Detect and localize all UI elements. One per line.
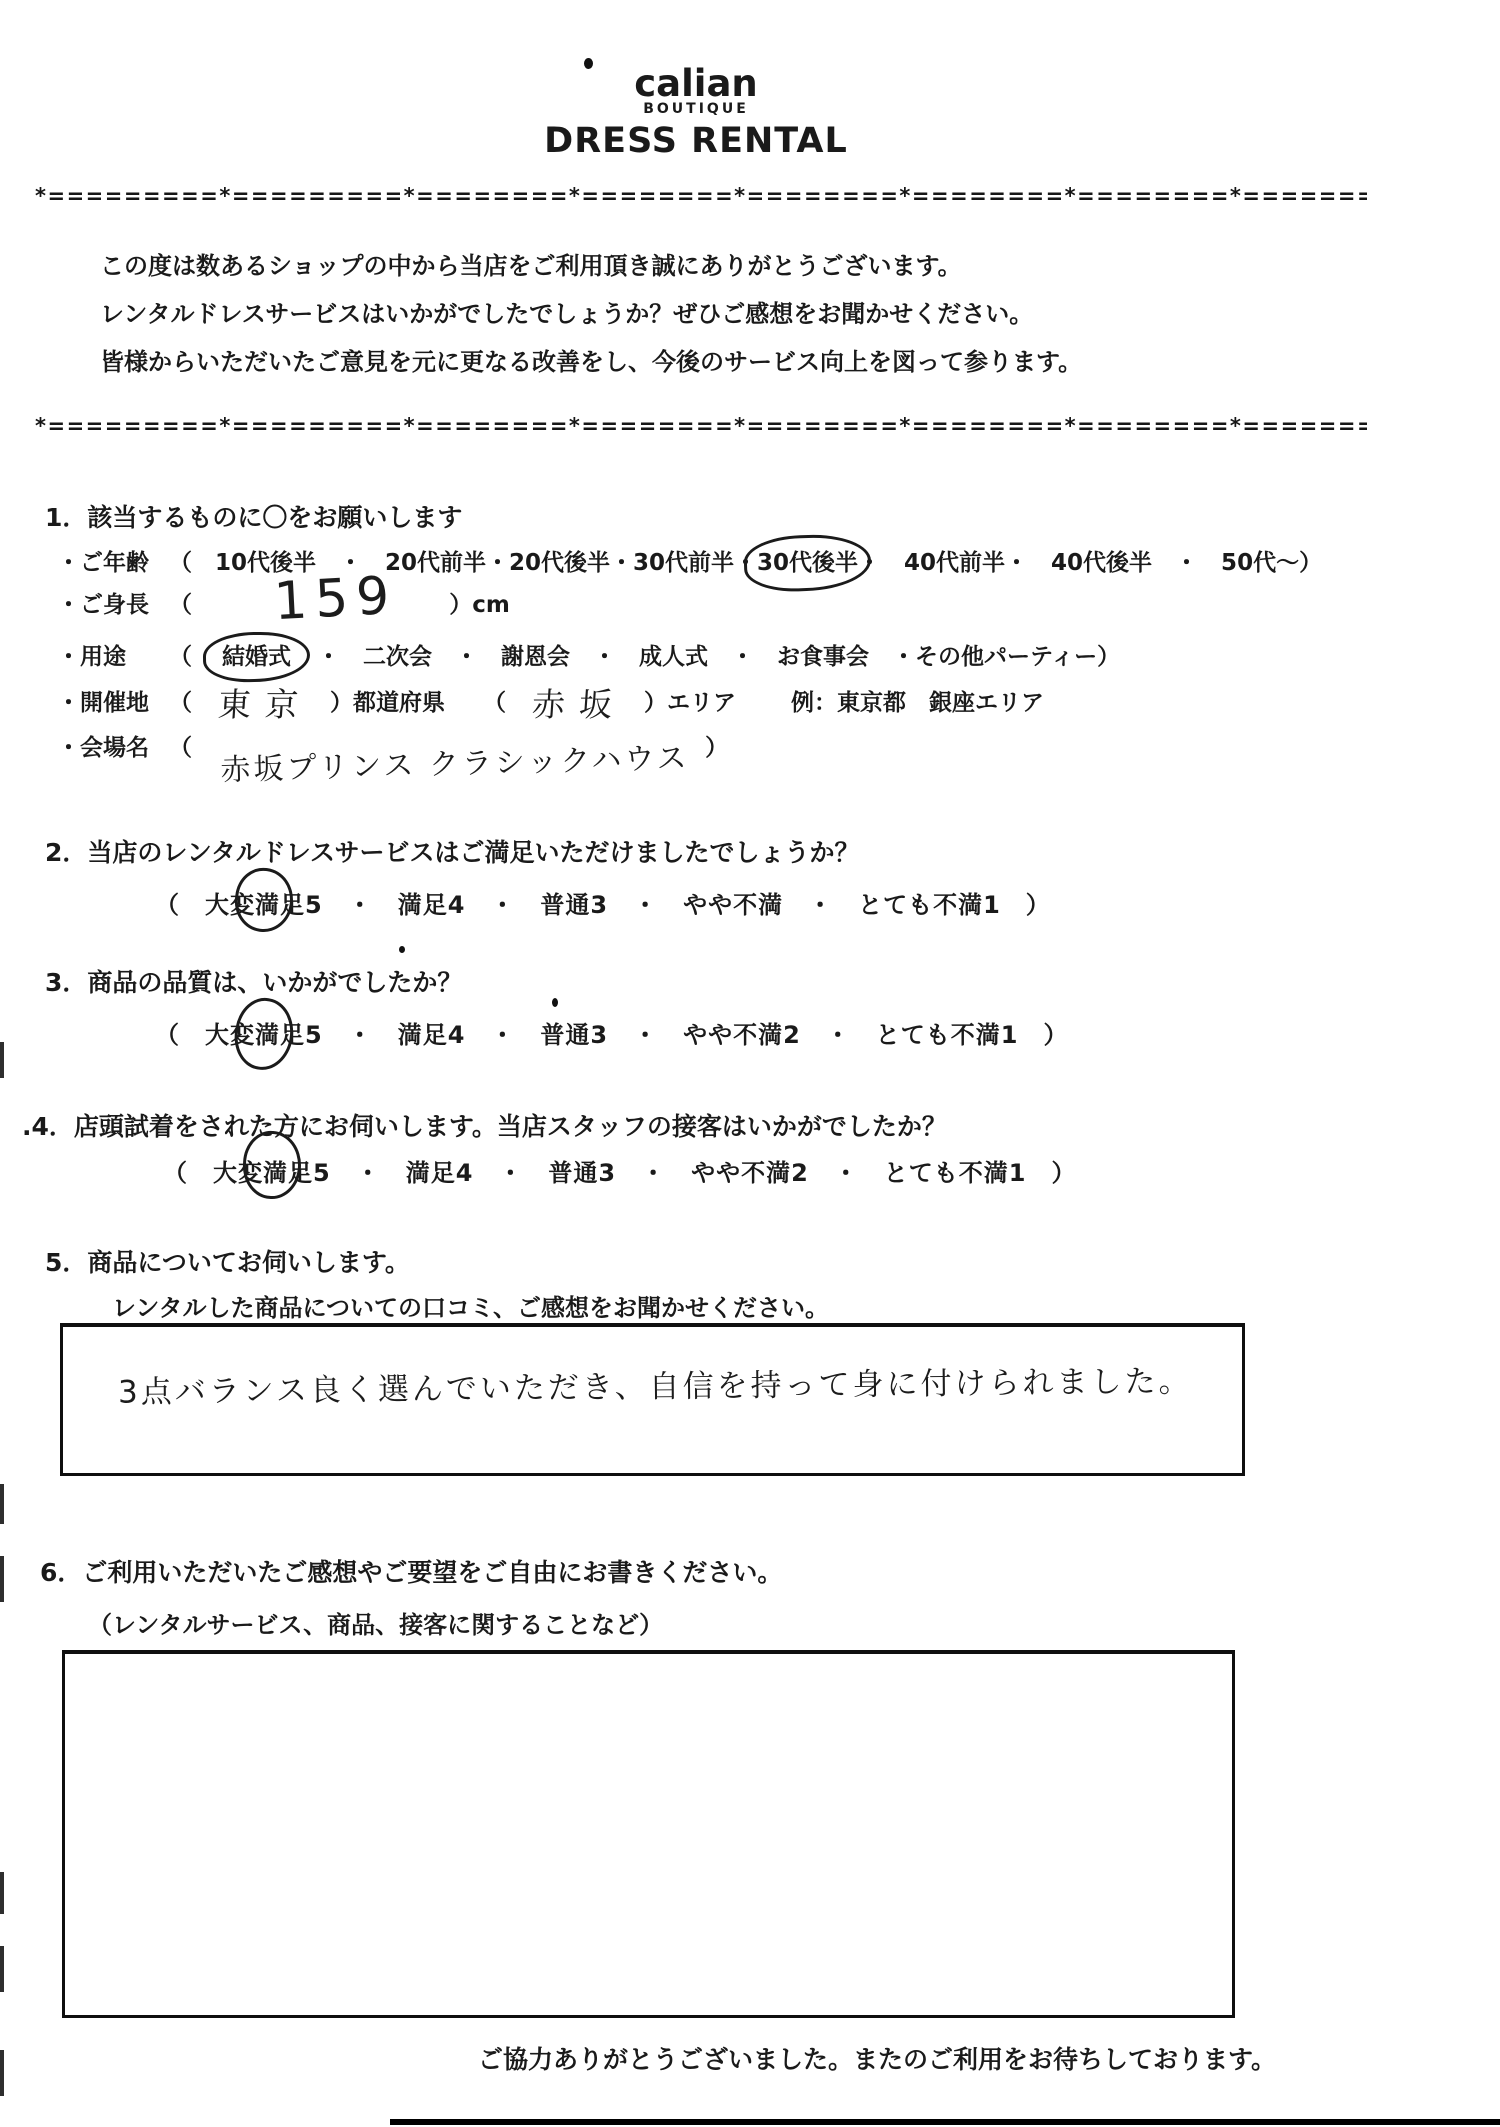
q1-location-example: 例：東京都 銀座エリア <box>791 690 1044 716</box>
brand-logo: calian <box>0 64 1392 105</box>
q1-age-options-post: ・ 40代前半・ 40代後半 ・ 50代〜） <box>858 550 1322 576</box>
brand-header: calian BOUTIQUE DRESS RENTAL <box>0 64 1392 161</box>
divider-line-bottom: *=========*=========*========*========*=… <box>35 414 1367 438</box>
scan-bottom-line <box>390 2119 1500 2125</box>
q1-purpose-label: ・用途 <box>57 640 169 674</box>
q4-option-very-satisfied: 大変満足5 <box>213 1159 331 1187</box>
q1-venue-paren-open: （ <box>169 735 192 761</box>
q3-heading: 3．商品の品質は、いかがでしたか？ <box>45 963 462 999</box>
q2-selected-option: 大変満足5 <box>205 885 323 920</box>
q1-height-label: ・ご身長 <box>57 588 169 622</box>
q2-paren-open: （ <box>155 891 205 919</box>
q1-purpose-row: ・用途（結婚式・ 二次会 ・ 謝恩会 ・ 成人式 ・ お食事会 ・その他パーティ… <box>57 640 1120 674</box>
intro-line-3: 皆様からいただいたご意見を元に更なる改善をし、今後のサービス向上を図って参ります… <box>100 338 1082 386</box>
scan-edge-mark <box>0 1556 4 1602</box>
q1-age-selected: 30代後半 <box>757 546 858 580</box>
handwritten-venue-name: 赤坂プリンス クラシックハウス <box>220 741 690 787</box>
q3-selected-option: 大変満足5 <box>205 1015 323 1050</box>
q1-location-row: ・開催地（東京）都道府県（赤坂）エリア例：東京都 銀座エリア <box>57 686 1044 722</box>
q1-height-paren-close: ）cm <box>449 592 510 618</box>
q1-heading: 1．該当するものに〇をお願いします <box>45 498 462 534</box>
q4-heading: .4．店頭試着をされた方にお伺いします。当店スタッフの接客はいかがでしたか？ <box>22 1107 947 1143</box>
q1-venue-paren-close: ） <box>705 735 728 761</box>
q6-comment-box <box>62 1650 1235 2018</box>
q1-purpose-circled-option: 結婚式 <box>222 644 291 670</box>
q6-subheading: （レンタルサービス、商品、接客に関することなど） <box>88 1605 663 1640</box>
q1-location-area-label: ）エリア <box>644 690 736 716</box>
q1-location-paren-open-2: （ <box>483 690 506 716</box>
q3-options-rest: ・ 満足4 ・ 普通3 ・ やや不満2 ・ とても不満1 ） <box>323 1021 1069 1049</box>
q1-purpose-selected: 結婚式 <box>222 640 291 674</box>
intro-line-1: この度は数あるショップの中から当店をご利用頂き誠にありがとうございます。 <box>100 242 1082 290</box>
scan-artifact-dot <box>399 946 405 953</box>
scan-edge-mark <box>0 1946 4 1992</box>
q1-age-options-pre: （ 10代後半 ・ 20代前半・20代後半・30代前半・ <box>169 550 757 576</box>
q5-heading: 5．商品についてお伺いします。 <box>45 1243 410 1279</box>
intro-line-2: レンタルドレスサービスはいかがでしたでしょうか？ぜひご感想をお聞かせください。 <box>100 290 1082 338</box>
q1-age-circled-option: 30代後半 <box>757 550 858 576</box>
brand-logo-subtitle: BOUTIQUE <box>0 102 1392 117</box>
intro-paragraph: この度は数あるショップの中から当店をご利用頂き誠にありがとうございます。 レンタ… <box>100 242 1082 386</box>
handwritten-area: 赤坂 <box>531 688 627 722</box>
q5-comment-box: 3点バランス良く選んでいただき、自信を持って身に付けられました。 <box>60 1323 1245 1476</box>
q4-selected-option: 大変満足5 <box>213 1153 331 1188</box>
q1-age-row: ・ご年齢（ 10代後半 ・ 20代前半・20代後半・30代前半・30代後半・ 4… <box>57 546 1322 580</box>
divider-line-top: *=========*=========*========*========*=… <box>35 184 1367 208</box>
q6-heading: 6．ご利用いただいたご感想やご要望をご自由にお書きください。 <box>40 1553 782 1589</box>
q1-location-prefecture-label: ）都道府県 <box>330 690 445 716</box>
q1-location-label: ・開催地 <box>57 686 169 720</box>
q1-age-label: ・ご年齢 <box>57 546 169 580</box>
scan-edge-mark <box>0 2050 4 2096</box>
handwritten-prefecture: 東京 <box>217 688 313 722</box>
q4-options-row: （ 大変満足5 ・ 満足4 ・ 普通3 ・ やや不満2 ・ とても不満1 ） <box>163 1153 1077 1188</box>
handwritten-review-comment: 3点バランス良く選んでいただき、自信を持って身に付けられました。 <box>118 1355 1193 1411</box>
service-title: DRESS RENTAL <box>0 122 1392 161</box>
q2-heading: 2．当店のレンタルドレスサービスはご満足いただけましたでしょうか？ <box>45 833 860 869</box>
q1-height-paren-open: （ <box>169 592 192 618</box>
scan-artifact-dot <box>552 998 558 1007</box>
q1-venue-row: ・会場名（赤坂プリンス クラシックハウス） <box>57 731 728 766</box>
handwritten-height-value: 159 <box>273 578 398 618</box>
q3-paren-open: （ <box>155 1021 205 1049</box>
scan-edge-mark <box>0 1484 4 1524</box>
q3-option-very-satisfied: 大変満足5 <box>205 1021 323 1049</box>
q2-option-very-satisfied: 大変満足5 <box>205 891 323 919</box>
q1-purpose-paren-open: （ <box>169 644 192 670</box>
q1-purpose-options-post: ・ 二次会 ・ 謝恩会 ・ 成人式 ・ お食事会 ・その他パーティー） <box>317 644 1120 670</box>
footer-thanks: ご協力ありがとうございました。またのご利用をお待ちしております。 <box>478 2040 1276 2076</box>
scan-edge-mark <box>0 1042 4 1078</box>
q1-venue-label: ・会場名 <box>57 731 169 765</box>
q4-paren-open: （ <box>163 1159 213 1187</box>
q3-options-row: （ 大変満足5 ・ 満足4 ・ 普通3 ・ やや不満2 ・ とても不満1 ） <box>155 1015 1069 1050</box>
scanned-survey-page: calian BOUTIQUE DRESS RENTAL *=========*… <box>0 0 1500 2127</box>
scan-edge-mark <box>0 1872 4 1914</box>
q2-options-row: （ 大変満足5 ・ 満足4 ・ 普通3 ・ やや不満 ・ とても不満1 ） <box>155 885 1051 920</box>
q2-options-rest: ・ 満足4 ・ 普通3 ・ やや不満 ・ とても不満1 ） <box>323 891 1051 919</box>
q1-location-paren-open: （ <box>169 690 192 716</box>
q5-subheading: レンタルした商品についての口コミ、ご感想をお聞かせください。 <box>112 1288 829 1323</box>
q4-options-rest: ・ 満足4 ・ 普通3 ・ やや不満2 ・ とても不満1 ） <box>331 1159 1077 1187</box>
q1-height-row: ・ご身長（159）cm <box>57 588 510 622</box>
